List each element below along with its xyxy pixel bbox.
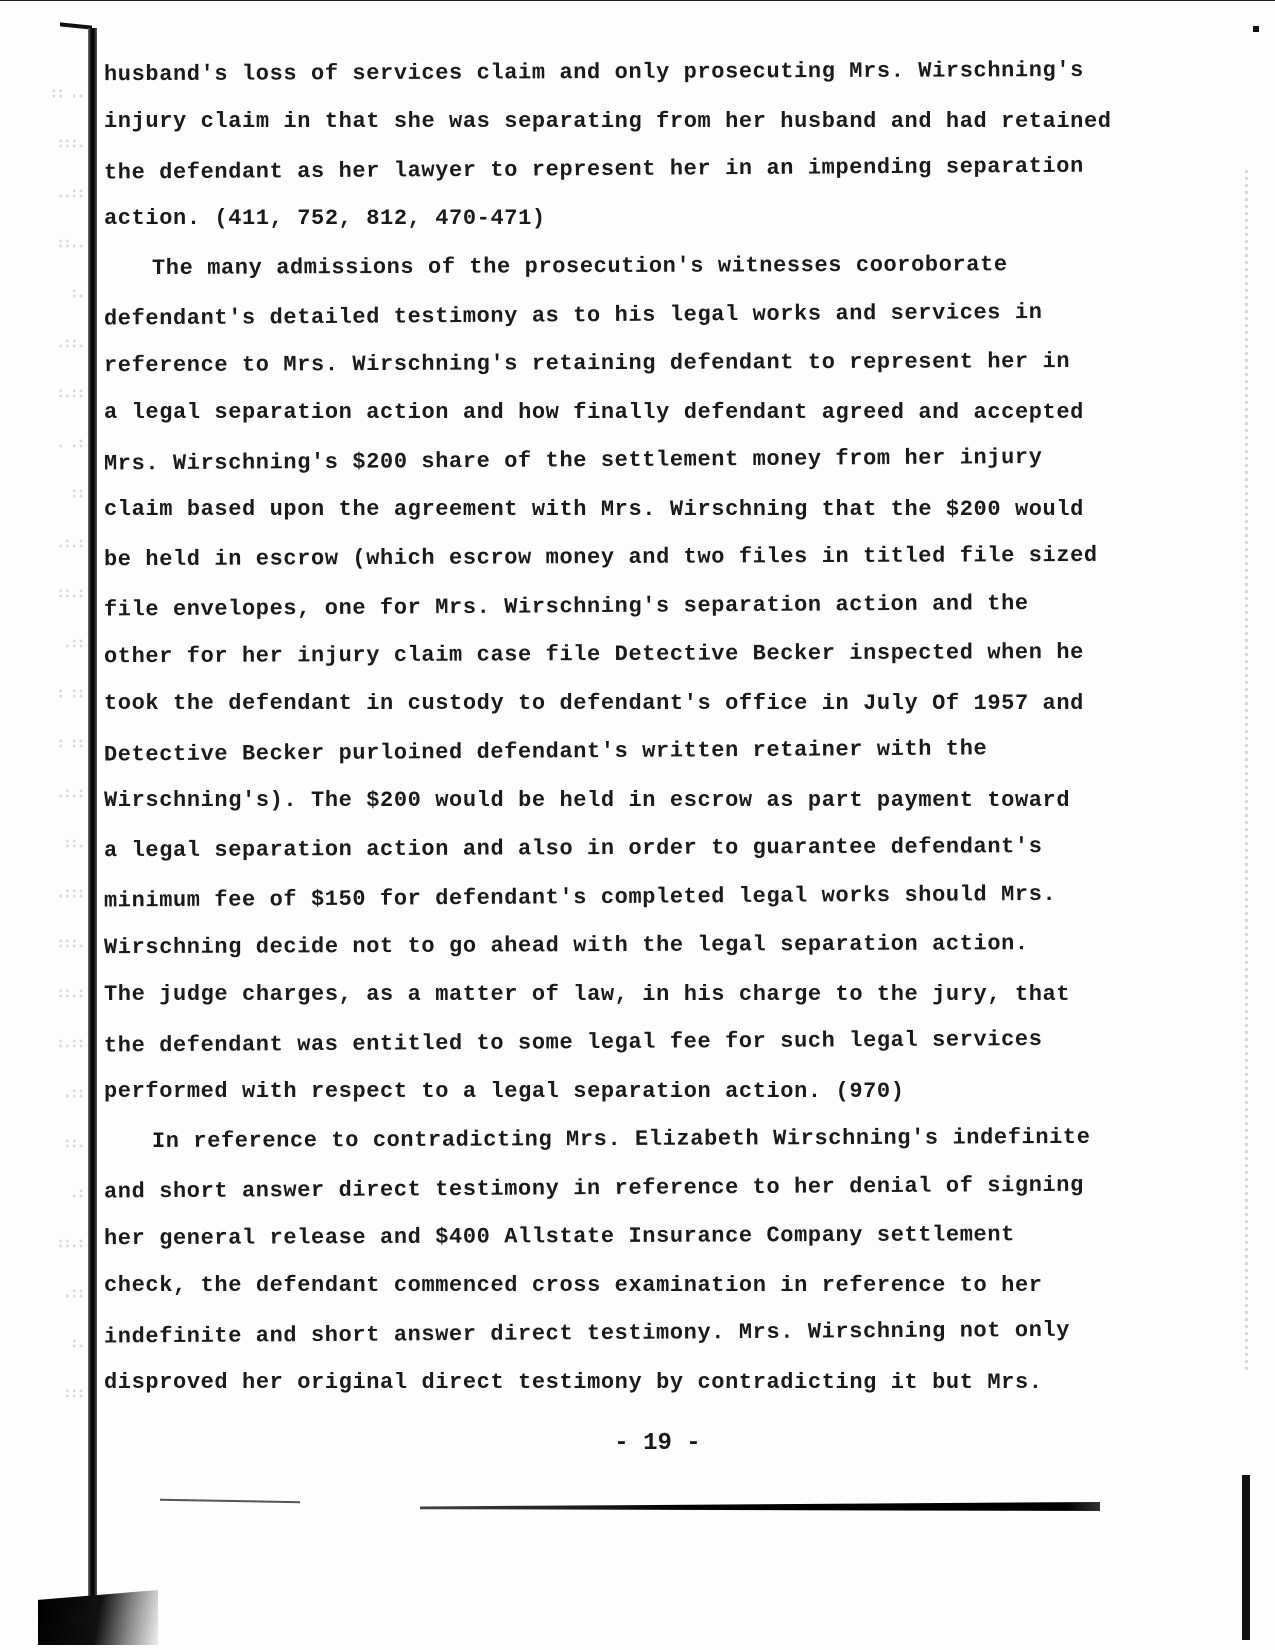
footer-rule-left	[160, 1499, 300, 1503]
binding-corner-shadow	[38, 1590, 158, 1645]
scan-right-edge-bar	[1242, 1475, 1250, 1640]
text-line: disproved her original direct testimony …	[104, 1368, 1104, 1417]
text-line: the defendant was entitled to some legal…	[104, 1025, 1104, 1080]
text-line: Mrs. Wirschning's $200 share of the sett…	[104, 443, 1104, 498]
text-line: a legal separation action and also in or…	[104, 832, 1104, 885]
text-line: action. (411, 752, 812, 470-471)	[104, 204, 1104, 253]
scan-top-edge	[0, 0, 1275, 1]
scan-right-edge-noise	[1245, 170, 1248, 1370]
text-line: performed with respect to a legal separa…	[104, 1077, 1104, 1126]
text-line: a legal separation action and how finall…	[104, 398, 1104, 447]
text-line: husband's loss of services claim and onl…	[104, 56, 1104, 109]
binding-spine-shadow	[88, 28, 97, 1603]
text-line: The judge charges, as a matter of law, i…	[104, 980, 1104, 1029]
text-line: minimum fee of $150 for defendant's comp…	[104, 879, 1104, 934]
text-line: other for her injury claim case file Det…	[104, 638, 1104, 691]
text-line: and short answer direct testimony in ref…	[104, 1170, 1104, 1225]
scanned-page: :: .. :::. ..:: ::.. :. .::. :.:: . .: :…	[0, 0, 1275, 1650]
text-line: Wirschning's). The $200 would be held in…	[104, 786, 1104, 835]
text-line: In reference to contradicting Mrs. Eliza…	[104, 1123, 1104, 1176]
text-line: defendant's detailed testimony as to his…	[104, 297, 1104, 352]
text-line: took the defendant in custody to defenda…	[104, 689, 1104, 738]
text-line: reference to Mrs. Wirschning's retaining…	[104, 347, 1104, 400]
text-line: the defendant as her lawyer to represent…	[104, 152, 1104, 207]
text-line: be held in escrow (which escrow money an…	[104, 541, 1104, 594]
scan-artifact-dot	[1253, 26, 1259, 32]
text-line: her general release and $400 Allstate In…	[104, 1220, 1104, 1273]
text-line: file envelopes, one for Mrs. Wirschning'…	[104, 588, 1104, 643]
document-body: husband's loss of services claim and onl…	[104, 58, 1104, 1416]
text-line: Wirschning decide not to go ahead with t…	[104, 929, 1104, 982]
text-line: claim based upon the agreement with Mrs.…	[104, 495, 1104, 544]
text-line: check, the defendant commenced cross exa…	[104, 1271, 1104, 1320]
text-line: injury claim in that she was separating …	[104, 107, 1104, 156]
page-number: - 19 -	[0, 1430, 1275, 1457]
text-line: Detective Becker purloined defendant's w…	[104, 734, 1104, 789]
footer-rule	[420, 1502, 1100, 1511]
text-line: The many admissions of the prosecution's…	[104, 250, 1104, 303]
text-line: indefinite and short answer direct testi…	[104, 1316, 1104, 1371]
bleed-through-margin: :: .. :::. ..:: ::.. :. .::. :.:: . .: :…	[28, 86, 84, 1436]
